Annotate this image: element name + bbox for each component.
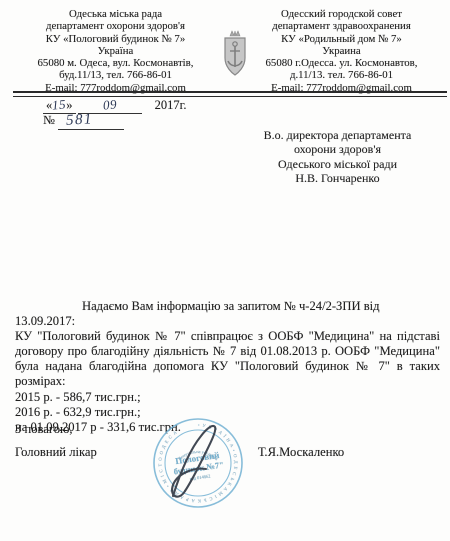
scanned-letter-page: Одеська міська рада департамент охорони … [0, 0, 450, 541]
org-country-line: Україна [8, 45, 223, 57]
signer-title: Головний лікар [15, 445, 97, 460]
header-left-org-block: Одеська міська рада департамент охорони … [8, 8, 223, 94]
org-institution-line: КУ «Родильный дом № 7» [238, 33, 445, 45]
org-dept-line: департамент охорони здоров'я [8, 20, 223, 32]
body-line: КУ "Пологовий будинок № 7" співпрацює з … [15, 329, 440, 344]
handwritten-day: 15 [52, 96, 67, 113]
body-line: розмірах: [15, 374, 440, 389]
org-institution-line: КУ «Пологовий будинок № 7» [8, 33, 223, 45]
document-number-line: №581 [43, 112, 124, 130]
org-name-line: Одесский городской совет [238, 8, 445, 20]
org-country-line: Украина [238, 45, 445, 57]
org-address-line: 65080 г.Одесса. ул. Космонавтов, [238, 57, 445, 69]
body-line: була надана благодійна допомога КУ "Поло… [15, 359, 440, 374]
org-phone-line: буд.11/13, тел. 766-86-01 [8, 69, 223, 81]
date-year: 2017г. [155, 98, 187, 112]
closing-phrase: З повагою, [15, 422, 73, 437]
body-line: договору про благодійну діяльність № 7 в… [15, 344, 440, 359]
close-quote: » [66, 98, 72, 112]
body-line: Надаємо Вам інформацію за запитом № ч-24… [15, 299, 440, 329]
org-dept-line: департамент здравоохранения [238, 20, 445, 32]
recipient-line: Одеського міської ради [230, 157, 445, 171]
number-label: № [43, 113, 55, 127]
org-phone-line: д.11/13. тел. 766-86-01 [238, 69, 445, 81]
recipient-line: охорони здоров'я [230, 142, 445, 156]
recipient-name: Н.В. Гончаренко [230, 171, 445, 185]
round-stamp-with-signature: • У К Р А Ї Н А • О Д Е С Ь К А М І С Ь … [143, 412, 258, 517]
org-address-line: 65080 м. Одеса, вул. Космонавтів, [8, 57, 223, 69]
header-right-org-block: Одесский городской совет департамент здр… [238, 8, 445, 94]
number-field: 581 [58, 112, 124, 130]
handwritten-number: 581 [66, 111, 94, 129]
stamp-seal: • У К Р А Ї Н А • О Д Е С Ь К А М І С Ь … [154, 419, 242, 507]
handwritten-month: 09 [102, 96, 117, 113]
odessa-coat-of-arms-icon [220, 29, 250, 82]
recipient-block: В.о. директора департамента охорони здор… [230, 128, 445, 186]
recipient-line: В.о. директора департамента [230, 128, 445, 142]
amount-line-2015: 2015 р. - 586,7 тис.грн.; [15, 390, 440, 405]
org-name-line: Одеська міська рада [8, 8, 223, 20]
signer-name: Т.Я.Москаленко [258, 445, 344, 460]
